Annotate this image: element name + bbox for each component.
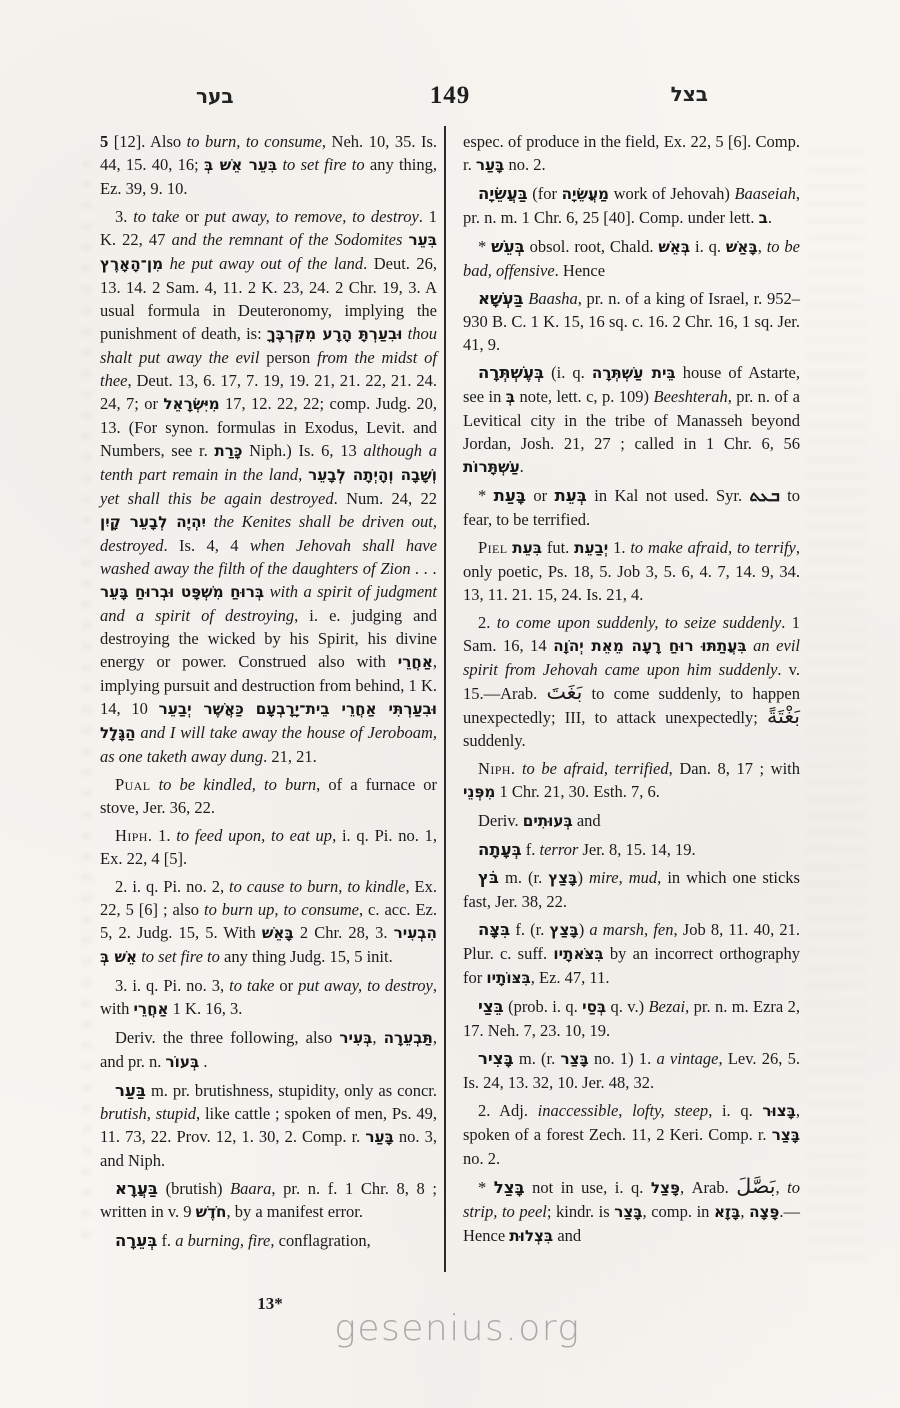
text-run: person [259, 348, 317, 367]
gloss-text: yet shall this be again destroyed [100, 489, 334, 508]
hebrew-text: וְשָׁבָה וְהָיְתָה לְבָעֵר [308, 466, 437, 484]
text-run: in Kal not used. Syr. [587, 486, 750, 505]
gloss-text: to take [229, 976, 274, 995]
gloss-text: a vintage [656, 1049, 718, 1068]
text-run: and [553, 1226, 581, 1245]
text-run: ) [577, 868, 589, 887]
hebrew-text: יְבַעֵת [574, 539, 608, 557]
text-run: , Dan. 8, 17 ; with [669, 759, 800, 778]
text-run: ; kindr. is [547, 1202, 614, 1221]
gloss-text: to come upon suddenly, to seize suddenly [497, 613, 781, 632]
gloss-text: to feed upon, to eat up [176, 826, 332, 845]
hebrew-text: עַשְׁתָּרוֹת [463, 458, 520, 476]
gloss-text: Baasha [528, 289, 578, 308]
text-run: 3. i. q. Pi. no. 3, [115, 976, 229, 995]
text-run: , i. q. [708, 1101, 762, 1120]
hebrew-text: בִּצְלוּת [509, 1227, 553, 1245]
entry-paragraph: Deriv. בְּעוּתִים and [463, 809, 800, 833]
gloss-text: inaccessible, lofty, steep [538, 1101, 709, 1120]
hebrew-text: בָּצַר [772, 1126, 800, 1144]
hebrew-text: בָּעַר [365, 1128, 393, 1146]
text-run: 2. i. q. Pi. no. 2, [115, 877, 229, 896]
hebrew-text: ב [759, 209, 768, 227]
hebrew-text: בִּצּוֹתָיו [486, 969, 530, 987]
entry-paragraph: 2. to come upon suddenly, to seize sudde… [463, 611, 800, 752]
text-run: ) [579, 920, 590, 939]
text-run: no. 2. [463, 1149, 500, 1168]
bold-text: 5 [100, 132, 108, 151]
text-run: * [478, 237, 491, 256]
page-header: בער 149 בצל [100, 82, 800, 112]
hebrew-text: בָּעַר [476, 156, 504, 174]
gloss-text: to be kindled, to burn [159, 775, 317, 794]
entry-paragraph: בַּעְשָׁא Baasha, pr. n. of a king of Is… [463, 287, 800, 356]
entry-paragraph: * בְּעֵשׁ obsol. root, Chald. בְּאֵשׁ i.… [463, 235, 800, 282]
entry-paragraph: בֹּץ m. (r. בָּצַץ) mire, mud, in which … [463, 866, 800, 913]
entry-paragraph: 2. i. q. Pi. no. 2, to cause to burn, to… [100, 875, 437, 969]
text-run: 1 Chr. 21, 30. Esth. 7, 6. [495, 782, 660, 801]
text-run: . [520, 457, 524, 476]
text-run: not in use, i. q. [525, 1178, 651, 1197]
hebrew-text: בְּ [506, 388, 515, 406]
gloss-text: he put away out of the land [170, 254, 364, 273]
hebrew-headword: בָּצִיר [478, 1049, 514, 1068]
grammar-form-label: Hiph. [115, 826, 152, 845]
text-run: or [526, 486, 555, 505]
text-run: 1. [152, 826, 176, 845]
text-run: * [478, 1178, 494, 1197]
syriac-text: ܒܥܬ [750, 486, 780, 506]
scanned-lexicon-page: בער 149 בצל 5 [12]. Also to burn, to con… [0, 0, 900, 1408]
gloss-text: brutish, stupid [100, 1104, 196, 1123]
text-run: . Hence [555, 261, 605, 280]
text-run: i. q. [690, 237, 726, 256]
text-run: Deriv. [478, 811, 523, 830]
hebrew-text: בָּצַץ [550, 921, 579, 939]
hebrew-text: בְּעוֹר [166, 1053, 200, 1071]
hebrew-text: בָּצַר [614, 1203, 642, 1221]
hebrew-text: בָּאַשׁ [726, 238, 758, 256]
text-run: or [179, 207, 204, 226]
text-run: f. [522, 840, 540, 859]
text-run: , [740, 1202, 749, 1221]
hebrew-text: בָּזָא [714, 1203, 740, 1221]
text-run: q. v.) [606, 997, 648, 1016]
gloss-text: put away, to remove, to destroy [205, 207, 419, 226]
entry-paragraph: בְּעֵרָה f. a burning, fire, conflagrati… [100, 1229, 437, 1252]
gloss-text: to cause to burn, to kindle [229, 877, 405, 896]
hebrew-text: בִּעֵת [512, 539, 542, 557]
entry-paragraph: 2. Adj. inaccessible, lofty, steep, i. q… [463, 1099, 800, 1170]
text-run: no. 1) 1. [589, 1049, 657, 1068]
text-run: note, lett. c, p. 109) [515, 387, 653, 406]
hebrew-text: תַּבְעֵרָה [384, 1029, 433, 1047]
hebrew-text: בְּרוּחַ מִשְׁפָּט וּבְרוּחַ בָּעֵר [100, 583, 264, 601]
hebrew-headword: בָּצַל [494, 1178, 525, 1197]
gloss-text: put away, to destroy [298, 976, 433, 995]
gloss-text: Beeshterah [653, 387, 727, 406]
text-run: , [372, 1028, 383, 1047]
gloss-text: terror [540, 840, 579, 859]
grammar-form-label: Pual [115, 775, 150, 794]
text-run: Deriv. the three following, also [115, 1028, 339, 1047]
hebrew-headword: בֵּצַי [478, 997, 504, 1016]
gloss-text: to be afraid, terrified [522, 759, 669, 778]
hebrew-headword: בְּעָתָה [478, 840, 522, 859]
hebrew-text: בִּעֲתַתּוּ רוּחַ רָעָה מֵאֵת יְהֹוָה [553, 637, 746, 655]
gloss-text: a burning, fire, [175, 1231, 274, 1250]
hebrew-text: אַחֲרֵי [133, 1000, 168, 1018]
page-bleed-left [82, 160, 91, 1240]
text-run: m. (r. [514, 1049, 561, 1068]
hebrew-text: חֹדֶשׁ [196, 1203, 227, 1221]
text-columns: 5 [12]. Also to burn, to consume, Neh. 1… [100, 130, 800, 1257]
gloss-text: Baara [230, 1179, 271, 1198]
hebrew-headword: בַּעְשָׁא [478, 289, 524, 308]
gloss-text: Bezai [648, 997, 685, 1016]
hebrew-headword: בְּעֵשׁ [491, 237, 525, 256]
hebrew-headword: בָּעַת [494, 486, 526, 505]
text-run: 2. Adj. [478, 1101, 538, 1120]
hebrew-text: בִּעֵר אֵשׁ בְּ [204, 156, 277, 174]
gloss-text: to burn, to consume [187, 132, 322, 151]
gloss-text: to set fire to [141, 947, 220, 966]
grammar-form-label: Piel [478, 538, 507, 557]
text-run: (for [528, 184, 562, 203]
hebrew-text: פָּצָה [749, 1203, 779, 1221]
text-run: suddenly. [463, 731, 526, 750]
entry-paragraph: Niph. to be afraid, terrified, Dan. 8, 1… [463, 757, 800, 804]
arabic-text: بَغَتَ [546, 680, 582, 704]
text-run: m. pr. brutishness, stupidity, only as c… [146, 1081, 437, 1100]
arabic-text: بَغْتَةً [767, 704, 800, 728]
hebrew-text: בְּעוּתִים [523, 812, 573, 830]
text-run: 1. [608, 538, 630, 557]
entry-paragraph: Pual to be kindled, to burn, of a furnac… [100, 773, 437, 819]
gloss-text: to take [133, 207, 179, 226]
text-run [206, 512, 214, 531]
entry-paragraph: Deriv. the three following, also בְּעִיר… [100, 1026, 437, 1074]
entry-paragraph: * בָּעַת or בְּעֵת in Kal not used. Syr.… [463, 484, 800, 531]
hebrew-text: מִפְּנֵי [463, 783, 495, 801]
hebrew-text: בָּאֵשׁ [262, 924, 294, 942]
left-column: 5 [12]. Also to burn, to consume, Neh. 1… [100, 130, 437, 1257]
text-run: obsol. root, Chald. [525, 237, 659, 256]
entry-paragraph: בִּצָּה f. (r. בָּצַץ) a marsh, fen, Job… [463, 918, 800, 990]
entry-paragraph: 5 [12]. Also to burn, to consume, Neh. 1… [100, 130, 437, 200]
text-run: , Arab. [680, 1178, 736, 1197]
hebrew-text: מִיִּשְׂרָאֵל [163, 395, 219, 413]
text-run: m. (r. [499, 868, 548, 887]
gloss-text: and the remnant of the Sodomites [172, 230, 403, 249]
text-run: (brutish) [158, 1179, 230, 1198]
text-run: conflagration, [275, 1231, 371, 1250]
right-column: espec. of produce in the field, Ex. 22, … [463, 130, 800, 1257]
text-run: . Is. 4, 4 [164, 536, 250, 555]
text-run: any thing Judg. 15, 5 init. [220, 947, 393, 966]
text-run: work of Jehovah) [609, 184, 734, 203]
text-run: * [478, 486, 494, 505]
entry-paragraph: 3. i. q. Pi. no. 3, to take or put away,… [100, 974, 437, 1021]
text-run: . [768, 208, 772, 227]
hebrew-headword: בֹּץ [478, 868, 499, 887]
text-run: (i. q. [544, 363, 592, 382]
entry-paragraph: בַּעֲשֵׂיָה (for מַעֲשֵׂיָה work of Jeho… [463, 182, 800, 230]
text-run: 1 K. 16, 3. [169, 999, 243, 1018]
text-run: Jer. 8, 15. 14, 19. [578, 840, 695, 859]
arabic-text: بَصَّلَ [736, 1174, 775, 1198]
hebrew-text: בְּסַי [582, 998, 606, 1016]
hebrew-headword: בְּעֶשְׁתְּרָה [478, 363, 544, 382]
text-run: [12]. Also [108, 132, 186, 151]
text-run: f. [157, 1231, 175, 1250]
gloss-text: to make afraid, to terrify [630, 538, 796, 557]
entry-paragraph: espec. of produce in the field, Ex. 22, … [463, 130, 800, 177]
text-run: , [758, 237, 767, 256]
text-run: , by a manifest error. [226, 1202, 363, 1221]
gloss-text: mire, mud [589, 868, 657, 887]
text-run: . [199, 1052, 207, 1071]
text-run [515, 759, 522, 778]
header-keyword-right: בצל [671, 82, 708, 106]
entry-paragraph: בַּעַר m. pr. brutishness, stupidity, on… [100, 1079, 437, 1172]
hebrew-text: בָּצַץ [548, 869, 577, 887]
entry-paragraph: Piel בִּעֵת fut. יְבַעֵת 1. to make afra… [463, 536, 800, 606]
hebrew-text: בָּצַר [560, 1050, 588, 1068]
text-run: Niph.) Is. 6, 13 [243, 441, 364, 460]
hebrew-text: כָּרַת [214, 442, 242, 460]
text-run: 2. [478, 613, 497, 632]
hebrew-text: יִהְיֶה לְבָעֵר קָיִן [100, 513, 206, 531]
hebrew-text: מַעֲשֵׂיָה [562, 185, 609, 203]
text-run: 3. [115, 207, 133, 226]
text-run: , comp. in [643, 1202, 714, 1221]
text-run: 2 Chr. 28, 3. [294, 923, 394, 942]
entry-paragraph: Hiph. 1. to feed upon, to eat up, i. q. … [100, 824, 437, 870]
gloss-text: to set fire to [282, 155, 364, 174]
hebrew-text: פָּצַל [651, 1179, 680, 1197]
text-run: or [274, 976, 298, 995]
hebrew-headword: בְּעֵת [555, 486, 587, 505]
text-run: . 21, 21. [263, 747, 317, 766]
gloss-text: Baaseiah [734, 184, 795, 203]
entry-paragraph: בֵּצַי (prob. i. q. בְּסַי q. v.) Bezai,… [463, 995, 800, 1042]
hebrew-text: וּבִעַרְתָּ הָרָע מִקִּרְבֶּךָ [267, 325, 403, 343]
text-run: (prob. i. q. [504, 997, 582, 1016]
text-run: no. 2. [504, 155, 545, 174]
gloss-text: a marsh, fen [589, 920, 673, 939]
hebrew-text: אַחֲרֵי [398, 653, 433, 671]
entry-paragraph: בָּצִיר m. (r. בָּצַר no. 1) 1. a vintag… [463, 1047, 800, 1094]
text-run: , Ez. 47, 11. [531, 968, 610, 987]
page-bleed-right [806, 150, 866, 1270]
entry-paragraph: 3. to take or put away, to remove, to de… [100, 205, 437, 768]
grammar-form-label: Niph. [478, 759, 515, 778]
watermark-text: gesenius.org [334, 1308, 580, 1349]
hebrew-text: בְּעִיר [339, 1029, 372, 1047]
text-run: and [573, 811, 601, 830]
text-run: . Num. 24, 22 [334, 489, 437, 508]
entry-paragraph: בְּעָתָה f. terror Jer. 8, 15. 14, 19. [463, 838, 800, 861]
hebrew-headword: בַּעֲרָא [115, 1179, 158, 1198]
gloss-text: to burn up, to consume [204, 900, 359, 919]
hebrew-headword: בַּעֲשֵׂיָה [478, 184, 528, 203]
hebrew-headword: בִּצָּה [478, 920, 510, 939]
text-run [150, 775, 158, 794]
hebrew-headword: בַּעַר [115, 1081, 146, 1100]
text-run: , [776, 1178, 788, 1197]
entry-paragraph: בְּעֶשְׁתְּרָה (i. q. בֵּית עַשְׁתְּרָה … [463, 361, 800, 479]
entry-paragraph: * בָּצַל not in use, i. q. פָּצַל, Arab.… [463, 1175, 800, 1248]
entry-paragraph: בַּעֲרָא (brutish) Baara, pr. n. f. 1 Ch… [100, 1177, 437, 1224]
text-run: fut. [542, 538, 574, 557]
hebrew-headword: בְּעֵרָה [115, 1231, 157, 1250]
hebrew-text: בָּצוּר [762, 1102, 796, 1120]
hebrew-text: בֵּית עַשְׁתְּרָה [592, 364, 676, 382]
text-run: f. (r. [510, 920, 549, 939]
hebrew-text: בִּצֹּאתָיו [553, 945, 603, 963]
text-run: , [298, 465, 308, 484]
hebrew-text: בְּאֵשׁ [658, 238, 690, 256]
